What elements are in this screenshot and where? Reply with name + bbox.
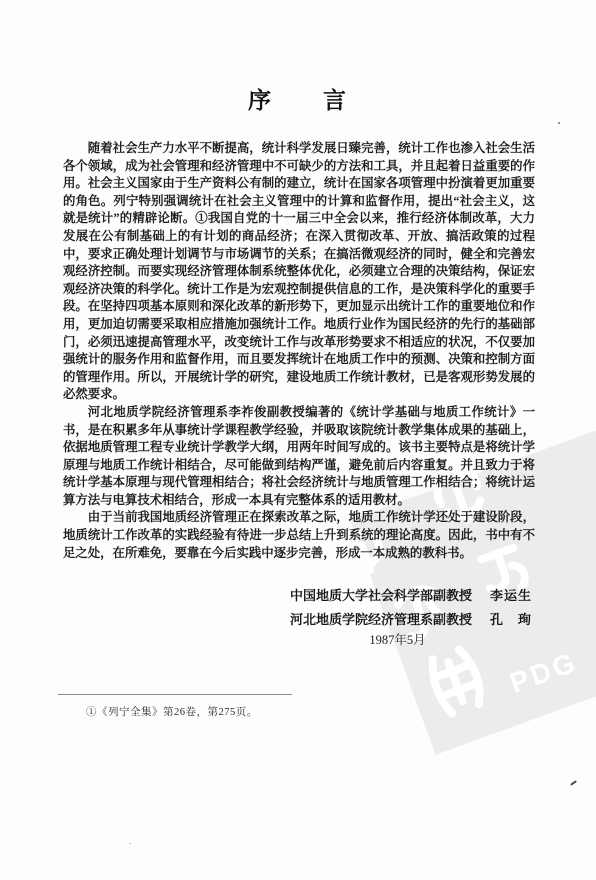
footnote-divider (58, 694, 292, 695)
scan-speck (570, 780, 577, 786)
body-paragraph: 河北地质学院经济管理系李祚俊副教授编著的《统计学基础与地质工作统计》一书，是在积… (63, 404, 535, 510)
signature-name: 孔 珣 (490, 608, 532, 632)
body-paragraph: 随着社会生产力水平不断提高，统计科学发展日臻完善，统计工作也渗入社会生活各个领域… (63, 140, 535, 404)
footnote-text: ①《列宁全集》第26卷，第275页。 (86, 704, 258, 719)
scan-speck (129, 843, 131, 844)
signature-affiliation: 河北地质学院经济管理系副教授 (290, 608, 472, 632)
preface-body: 随着社会生产力水平不断提高，统计科学发展日臻完善，统计工作也渗入社会生活各个领域… (63, 140, 535, 562)
signature-name: 李运生 (490, 584, 532, 608)
page-title: 序 言 (0, 82, 596, 115)
date-line: 1987年5月 (290, 630, 505, 648)
seal-glyph (427, 647, 486, 716)
signature-row: 中国地质大学社会科学部副教授 李运生 (290, 584, 520, 608)
scan-speck (558, 122, 560, 124)
body-paragraph: 由于当前我国地质经济管理正在探索改革之际，地质工作统计学还处于建设阶段，地质统计… (63, 509, 535, 562)
signature-block: 中国地质大学社会科学部副教授 李运生 河北地质学院经济管理系副教授 孔 珣 (290, 584, 520, 632)
signature-affiliation: 中国地质大学社会科学部副教授 (290, 584, 472, 608)
signature-row: 河北地质学院经济管理系副教授 孔 珣 (290, 608, 520, 632)
